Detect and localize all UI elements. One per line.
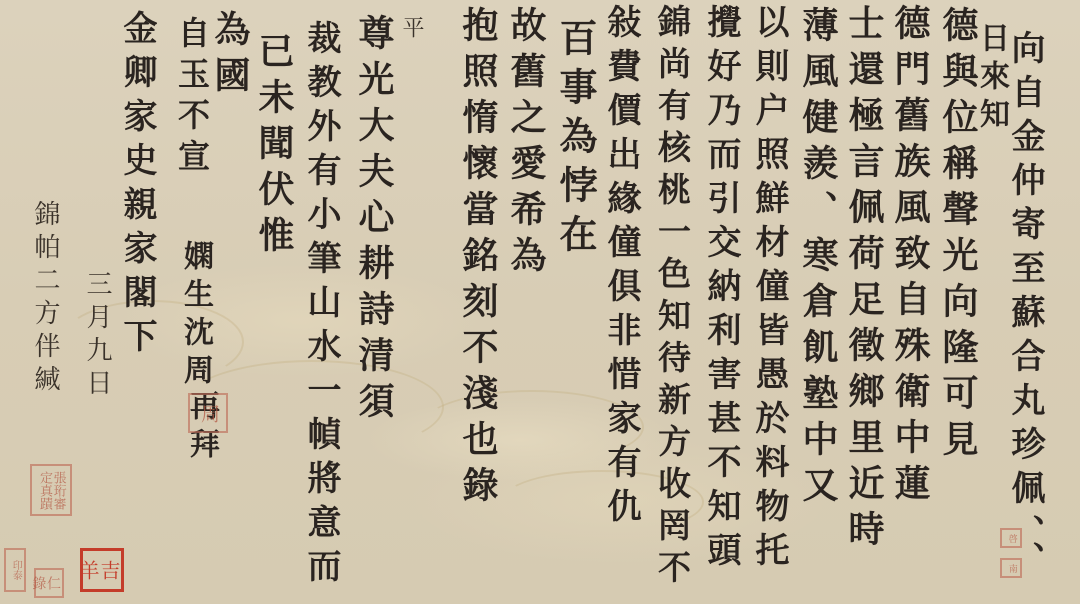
calligraphy-column: 嫻生沈周 xyxy=(180,240,210,392)
seal-stamp: 張珩審定真蹟 xyxy=(30,464,72,516)
calligraphy-column: 已未聞伏惟 xyxy=(256,32,292,262)
calligraphy-column: 故舊之愛希為 xyxy=(508,6,544,282)
calligraphy-column: 士還極言佩荷足徵鄉里近時 xyxy=(846,4,882,556)
calligraphy-column: 尊光大夫心耕詩清須 xyxy=(356,14,392,428)
seal-stamp: 南 xyxy=(1000,558,1022,578)
calligraphy-column: 向自金仲寄至蘇合丸珍佩、、 xyxy=(1008,30,1042,585)
seal-stamp: 吉羊 xyxy=(80,548,124,592)
calligraphy-column: 裁教外有小筆山水一幀將意而 xyxy=(304,20,338,592)
calligraphy-column: 錦帕二方伴緘 xyxy=(32,200,58,398)
calligraphy-column: 錦尚有核桃一色知待新方收罔不 xyxy=(656,4,689,592)
calligraphy-column: 平 xyxy=(400,16,422,44)
calligraphy-column: 德與位稱聲光向隆可見 xyxy=(940,6,976,466)
calligraphy-column: 為國 xyxy=(212,10,248,102)
calligraphy-column: 自玉不宣 xyxy=(176,16,208,180)
calligraphy-column: 敍費價出緣僮俱非惜家有仇 xyxy=(604,4,638,532)
calligraphy-column: 抱照惰懷當銘刻不淺也錄 xyxy=(460,6,496,512)
seal-stamp: 印泰 xyxy=(4,548,26,592)
calligraphy-column: 金卿家史親家閣下 xyxy=(120,10,154,362)
calligraphy-column: 攪好乃而引交納利害甚不知頭 xyxy=(704,4,738,576)
calligraphy-column: 百事為悖在 xyxy=(556,18,594,263)
seal-stamp: 周 xyxy=(188,393,228,433)
calligraphy-column: 薄風健羨、寒倉飢塾中又 xyxy=(800,6,836,512)
calligraphy-column: 三月九日 xyxy=(84,270,110,402)
calligraphy-column: 日來知 xyxy=(976,22,1006,136)
seal-stamp: 仁錄 xyxy=(34,568,64,598)
calligraphy-column: 德門舊族風致自殊衛中蓮 xyxy=(892,4,928,510)
seal-stamp: 啓 xyxy=(1000,528,1022,548)
calligraphy-scroll: 向自金仲寄至蘇合丸珍佩、、日來知德與位稱聲光向隆可見德門舊族風致自殊衛中蓮士還極… xyxy=(0,0,1080,604)
calligraphy-column: 以則户照鮮材僮皆愚於料物托 xyxy=(752,4,786,576)
